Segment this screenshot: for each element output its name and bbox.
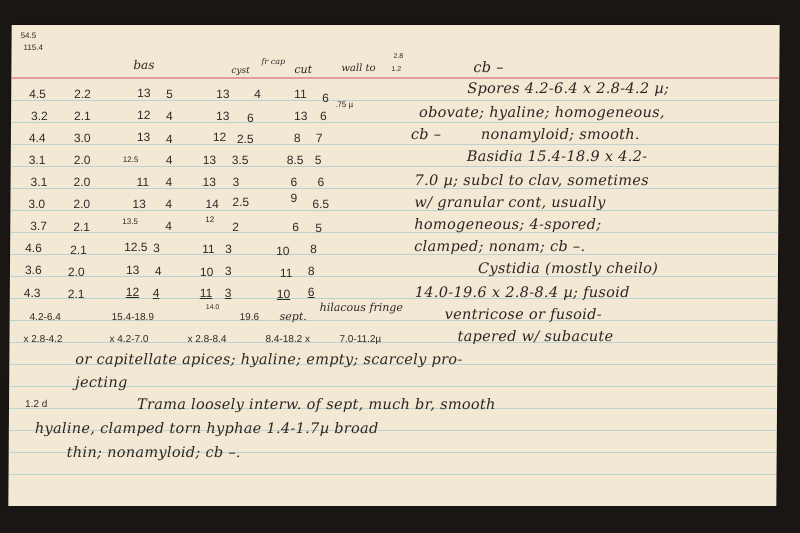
cell: 13: [216, 87, 229, 101]
cell: 4: [166, 153, 173, 167]
cell: 4: [153, 286, 160, 300]
cell: 2.1: [68, 287, 85, 301]
cell: 4: [165, 219, 172, 233]
cell: 4.6: [25, 241, 42, 255]
blue-rule: [9, 474, 777, 475]
cell: 13: [137, 86, 150, 100]
cell: 10: [200, 265, 213, 279]
blue-rule: [11, 100, 779, 101]
description-line: or capitellate apices; hyaline; empty; s…: [75, 352, 462, 368]
cell: 12: [126, 285, 139, 299]
cutis-length-range: 8.4-18.2 x: [265, 334, 310, 345]
cell: 3.7: [30, 219, 47, 233]
cell: 6: [247, 111, 254, 125]
description-line: jecting: [75, 375, 128, 391]
red-header-rule: [11, 77, 779, 79]
header-wall-sup: 2.8: [393, 53, 403, 60]
cell: 7: [316, 131, 323, 145]
cell: 2.5: [237, 132, 254, 146]
spores-length-range: 4.2-6.4: [30, 312, 61, 323]
basidia-line: Basidia 15.4-18.9 x 4.2-: [467, 149, 648, 165]
cell: 3: [225, 264, 232, 278]
cell: 2.0: [73, 197, 90, 211]
cell: 2.0: [74, 153, 91, 167]
cell: 3.1: [29, 153, 46, 167]
cell: 5: [166, 87, 173, 101]
blue-rule: [10, 254, 778, 255]
description-line: tapered w/ subacute: [457, 329, 613, 345]
cell: 12: [137, 108, 150, 122]
basidia-width-range: x 4.2-7.0: [109, 334, 148, 345]
cell: 14: [205, 197, 218, 211]
spores-line: Spores 4.2-6.4 x 2.8-4.2 µ;: [467, 81, 669, 97]
cell: 12.5: [124, 240, 147, 254]
cell: 2.1: [73, 220, 90, 234]
cell: 3: [225, 286, 232, 300]
description-line: w/ granular cont, usually: [414, 195, 605, 211]
blue-rule: [11, 166, 779, 167]
row-note: .75 µ: [335, 100, 353, 109]
cell: 11: [280, 266, 293, 280]
cell: 3.0: [28, 197, 45, 211]
cell: 4: [166, 175, 173, 189]
cell: 13: [137, 130, 150, 144]
description-line: clamped; nonam; cb –.: [414, 239, 585, 255]
cell: 11: [202, 242, 215, 256]
description-line: 14.0-19.6 x 2.8-8.4 µ; fusoid: [415, 285, 630, 301]
cell: 6: [292, 220, 299, 234]
blue-rule: [11, 122, 779, 123]
cell: 4: [165, 197, 172, 211]
cell: 2.1: [70, 243, 87, 257]
cystidia-length-range: 19.6: [240, 312, 260, 323]
header-cb: cb –: [473, 60, 504, 76]
description-line: obovate; hyaline; homogeneous,: [419, 105, 665, 121]
corner-note: 54.5: [21, 31, 37, 40]
cell: 13.5: [122, 217, 138, 226]
cell: 6: [320, 109, 327, 123]
cell: 13: [216, 109, 229, 123]
cell: 3.5: [232, 153, 249, 167]
cell: 6: [291, 175, 298, 189]
cell: 12: [213, 130, 226, 144]
cystidia-line: Cystidia (mostly cheilo): [478, 261, 658, 277]
cell: 11: [137, 175, 150, 189]
cell: 4.5: [29, 87, 46, 101]
cell: 3: [153, 241, 160, 255]
header-wall-to: wall to: [341, 63, 375, 74]
specimen-note-card: 54.5 115.4 bas cyst fr cap cut wall to 2…: [8, 25, 779, 506]
cell: 13: [126, 263, 139, 277]
header-cyst: cyst: [231, 66, 249, 76]
header-bas: bas: [133, 58, 154, 72]
cell: 3.2: [31, 109, 48, 123]
cell: 2.1: [74, 109, 91, 123]
cell: 6: [322, 91, 329, 105]
cell: 2.0: [68, 265, 85, 279]
header-wall-sub: 1.2: [391, 66, 401, 73]
cell: 6.5: [312, 197, 329, 211]
cell: 9: [290, 191, 297, 205]
cell: 8.5: [287, 153, 304, 167]
spores-width-range: x 2.8-4.2: [23, 334, 62, 345]
cell: 3.0: [74, 131, 91, 145]
cystidia-width-range: x 2.8-8.4: [187, 334, 226, 345]
cell: 13: [294, 109, 307, 123]
description-line: 7.0 µ; subcl to clav, sometimes: [415, 173, 649, 189]
cell: 13: [203, 175, 216, 189]
description-line: hyaline, clamped torn hyphae 1.4-1.7µ br…: [35, 421, 379, 437]
cell: 10: [276, 244, 289, 258]
cell: 13: [132, 197, 145, 211]
blue-rule: [11, 144, 779, 145]
cell: 2.5: [232, 195, 249, 209]
description-line: homogeneous; 4-spored;: [414, 217, 601, 233]
cell: 8: [310, 242, 317, 256]
cystidia-length-correction: 14.0: [206, 304, 220, 311]
cell: 5: [315, 221, 322, 235]
cell: 3.6: [25, 263, 42, 277]
cell: 2.0: [74, 175, 91, 189]
cell: 6: [308, 285, 315, 299]
cell: 4.4: [29, 131, 46, 145]
cell: 11: [200, 286, 213, 300]
header-fr-cap: fr cap: [261, 57, 285, 66]
blue-rule: [11, 188, 779, 189]
trama-line: Trama loosely interw. of sept, much br, …: [137, 397, 496, 413]
description-line: thin; nonamyloid; cb –.: [67, 445, 241, 461]
cell: 2: [232, 220, 239, 234]
cell: 10: [277, 287, 290, 301]
cell: 3: [225, 242, 232, 256]
description-line: nonamyloid; smooth.: [481, 127, 640, 143]
cell: 12.5: [123, 155, 139, 164]
cb-margin: cb –: [411, 127, 442, 143]
cell: 4.3: [24, 286, 41, 300]
cell: 4: [166, 132, 173, 146]
cell: 2.2: [74, 87, 91, 101]
cell: 13: [203, 153, 216, 167]
blue-rule: [10, 232, 778, 233]
corner-note: 115.4: [23, 43, 43, 52]
basidia-length-range: 15.4-18.9: [112, 312, 154, 323]
header-cut: cut: [294, 63, 312, 76]
cutis-width-range: 7.0-11.2µ: [339, 334, 381, 345]
cell: 5: [315, 153, 322, 167]
cell: 11: [294, 87, 307, 101]
cell: 4: [166, 109, 173, 123]
cell: 8: [294, 131, 301, 145]
gelatinous-fringe-note: hilacous fringe: [320, 301, 403, 314]
cell: 6: [318, 175, 325, 189]
cell: 4: [155, 264, 162, 278]
sept-label: sept.: [280, 310, 307, 323]
cell: 4: [254, 87, 261, 101]
blue-rule: [10, 210, 778, 211]
cell: 3: [233, 175, 240, 189]
cell: 12: [205, 215, 214, 224]
cell: 8: [308, 264, 315, 278]
cell: 3.1: [31, 175, 48, 189]
description-line: ventricose or fusoid-: [445, 307, 602, 323]
trama-margin-note: 1.2 d: [25, 399, 47, 410]
